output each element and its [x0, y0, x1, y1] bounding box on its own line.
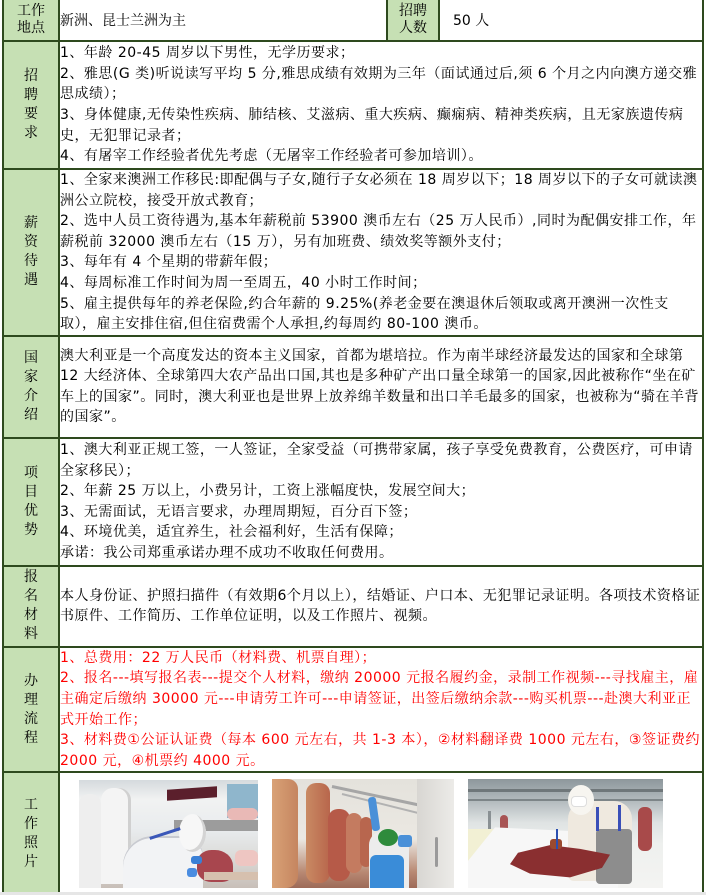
- meat-pile: [227, 808, 258, 820]
- section-content: 1、澳大利亚正规工签，一人签证，全家受益（可携带家属，孩子享受免费教育，公费医疗…: [59, 438, 703, 566]
- blue-glove: [191, 856, 202, 864]
- advantage-item: 2、年薪 25 万以上，小费另计，工资上涨幅度快，发展空间大；: [60, 481, 702, 502]
- meat-pile: [235, 850, 258, 866]
- section-country-intro: 国 家 介 绍 澳大利亚是一个高度发达的资本主义国家，首都为堪培拉。作为南半球经…: [3, 336, 703, 438]
- process-item: 2、报名---填写报名表---提交个人材料，缴纳 20000 元报名履约金，录制…: [60, 668, 702, 730]
- section-application-materials: 报 名 材 料 本人身份证、护照扫描件（有效期6个月以上），结婚证、户口本、无犯…: [3, 566, 703, 647]
- section-content: 1、年龄 20-45 周岁以下男性，无学历要求； 2、雅思(G 类)听说读写平均…: [59, 41, 703, 169]
- header-row: 工作 地点 新洲、昆士兰洲为主 招聘 人数 50 人: [3, 0, 703, 41]
- country-intro-text: 澳大利亚是一个高度发达的资本主义国家，首都为堪培拉。作为南半球经济最发达的国家和…: [60, 346, 702, 428]
- commitment-text: 承诺：我公司郑重承诺办理不成功不收取任何费用。: [60, 543, 702, 564]
- photo-gallery: [60, 779, 702, 888]
- recruitment-info-table: 工作 地点 新洲、昆士兰洲为主 招聘 人数 50 人 招 聘 要 求 1、年龄 …: [2, 0, 704, 895]
- section-project-advantages: 项 目 优 势 1、澳大利亚正规工签，一人签证，全家受益（可携带家属，孩子享受免…: [3, 438, 703, 566]
- section-content: [59, 772, 703, 895]
- worker-hood: [179, 814, 206, 852]
- section-content: 1、全家来澳洲工作移民:即配偶与子女,随行子女必须在 18 周岁以下；18 周岁…: [59, 169, 703, 336]
- wall-banner: [167, 786, 217, 800]
- work-photo-2: [272, 779, 454, 888]
- section-content: 澳大利亚是一个高度发达的资本主义国家，首都为堪培拉。作为南半球经济最发达的国家和…: [59, 336, 703, 438]
- section-label: 薪 资 待 遇: [3, 169, 59, 336]
- salary-item: 5、雇主提供每年的养老保险,约合年薪的 9.25%(养老金要在澳退休后领取或离开…: [60, 294, 702, 335]
- process-item: 3、材料费①公证认证费（每本 600 元左右，共 1-3 本），②材料翻译费 1…: [60, 730, 702, 771]
- carcass: [272, 779, 298, 888]
- apron-strap: [596, 807, 599, 831]
- salary-item: 4、每周标准工作时间为周一至周五，40 小时工作时间；: [60, 273, 702, 294]
- ceiling-rail: [468, 789, 663, 792]
- requirement-item: 1、年龄 20-45 周岁以下男性，无学历要求；: [60, 43, 702, 64]
- section-label: 办 理 流 程: [3, 647, 59, 773]
- requirement-item: 3、身体健康,无传染性疾病、肺结核、艾滋病、重大疾病、癫痫病、精神类疾病，且无家…: [60, 105, 702, 146]
- requirement-item: 2、雅思(G 类)听说读写平均 5 分,雅思成绩有效期为三年（面试通过后,须 6…: [60, 64, 702, 105]
- apron-strap: [618, 805, 621, 831]
- advantage-item: 1、澳大利亚正规工签，一人签证，全家受益（可携带家属，孩子享受免费教育，公费医疗…: [60, 440, 702, 481]
- headcount-label: 招聘 人数: [387, 0, 439, 41]
- section-label: 招 聘 要 求: [3, 41, 59, 169]
- ceiling-rail: [468, 799, 663, 801]
- blue-glove: [187, 868, 197, 877]
- salary-item: 3、每年有 4 个星期的带薪年假；: [60, 252, 702, 273]
- work-photo-1: [79, 780, 258, 888]
- section-content: 本人身份证、护照扫描件（有效期6个月以上），结婚证、户口本、无犯罪记录证明。各项…: [59, 566, 703, 647]
- section-work-photos: 工 作 照 片: [3, 772, 703, 895]
- section-label: 国 家 介 绍: [3, 336, 59, 438]
- section-recruitment-requirements: 招 聘 要 求 1、年龄 20-45 周岁以下男性，无学历要求； 2、雅思(G …: [3, 41, 703, 169]
- advantage-item: 3、无需面试，无语言要求，办理周期短，百分百下签；: [60, 502, 702, 523]
- worker-figure: [79, 794, 101, 888]
- section-content: 1、总费用：22 万人民币（材料费、机票自理）； 2、报名---填写报名表---…: [59, 647, 703, 773]
- salary-item: 2、选中人员工资待遇为,基本年薪税前 53900 澳币左右（25 万人民币）,同…: [60, 211, 702, 252]
- section-label: 项 目 优 势: [3, 438, 59, 566]
- wall-panel: [417, 779, 454, 888]
- blue-apron: [370, 855, 404, 888]
- knife: [556, 829, 558, 849]
- section-label: 工 作 照 片: [3, 772, 59, 895]
- work-location-value: 新洲、昆士兰洲为主: [59, 0, 387, 41]
- work-location-label: 工作 地点: [3, 0, 59, 41]
- cutting-board: [204, 872, 258, 880]
- requirement-item: 4、有屠宰工作经验者优先考虑（无屠宰工作经验者可参加培训）。: [60, 146, 702, 167]
- advantage-item: 4、环境优美，适宜养生，社会福利好，生活有保障；: [60, 522, 702, 543]
- face-mask: [572, 797, 586, 806]
- process-item: 1、总费用：22 万人民币（材料费、机票自理）；: [60, 648, 702, 669]
- hanging-carcass: [638, 807, 652, 851]
- headcount-value: 50 人: [439, 0, 703, 41]
- work-photo-3: [468, 779, 663, 888]
- section-label: 报 名 材 料: [3, 566, 59, 647]
- blue-glove: [398, 835, 412, 847]
- section-salary-benefits: 薪 资 待 遇 1、全家来澳洲工作移民:即配偶与子女,随行子女必须在 18 周岁…: [3, 169, 703, 336]
- materials-text: 本人身份证、护照扫描件（有效期6个月以上），结婚证、户口本、无犯罪记录证明。各项…: [60, 586, 702, 627]
- section-process: 办 理 流 程 1、总费用：22 万人民币（材料费、机票自理）； 2、报名---…: [3, 647, 703, 773]
- door-handle: [435, 837, 438, 867]
- salary-item: 1、全家来澳洲工作移民:即配偶与子女,随行子女必须在 18 周岁以下；18 周岁…: [60, 170, 702, 211]
- carcass: [306, 783, 330, 883]
